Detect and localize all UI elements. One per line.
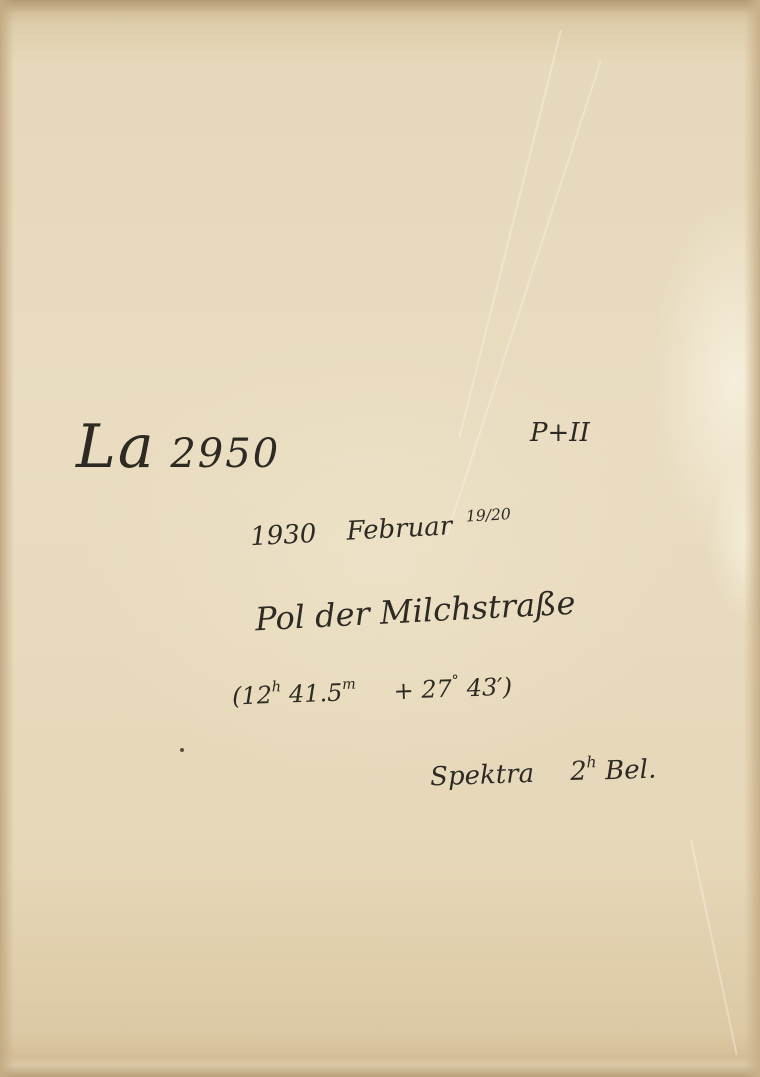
dec-sign: +	[393, 676, 414, 705]
right-edge	[744, 0, 760, 1077]
ra-minutes-unit: m	[342, 677, 356, 693]
date-month: Februar	[346, 512, 453, 547]
dec-minutes: 43	[466, 673, 498, 702]
plate-number: 2950	[170, 431, 280, 477]
ra-hours: 12	[241, 681, 273, 710]
dec-degrees: 27	[421, 675, 453, 704]
note-suffix: Bel.	[605, 755, 657, 787]
left-edge	[0, 0, 14, 1077]
filter-mark: P+II	[530, 418, 590, 448]
plate-prefix: La	[76, 412, 156, 482]
plate-id: La 2950	[76, 412, 280, 482]
note-text: Spektra	[430, 759, 535, 793]
dec-minutes-unit: ′	[497, 673, 503, 701]
date-year: 1930	[249, 519, 317, 552]
note-exposure: 2	[570, 757, 588, 788]
date-night: 19/20	[465, 505, 511, 525]
ink-speck	[180, 748, 184, 752]
top-fold-edge	[0, 0, 760, 24]
note-exposure-unit: h	[586, 753, 597, 771]
ra-hours-unit: h	[271, 679, 281, 695]
ra-minutes: 41.5	[288, 679, 342, 709]
bottom-fold-edge	[0, 1057, 760, 1077]
dec-degrees-unit: °	[451, 673, 459, 689]
